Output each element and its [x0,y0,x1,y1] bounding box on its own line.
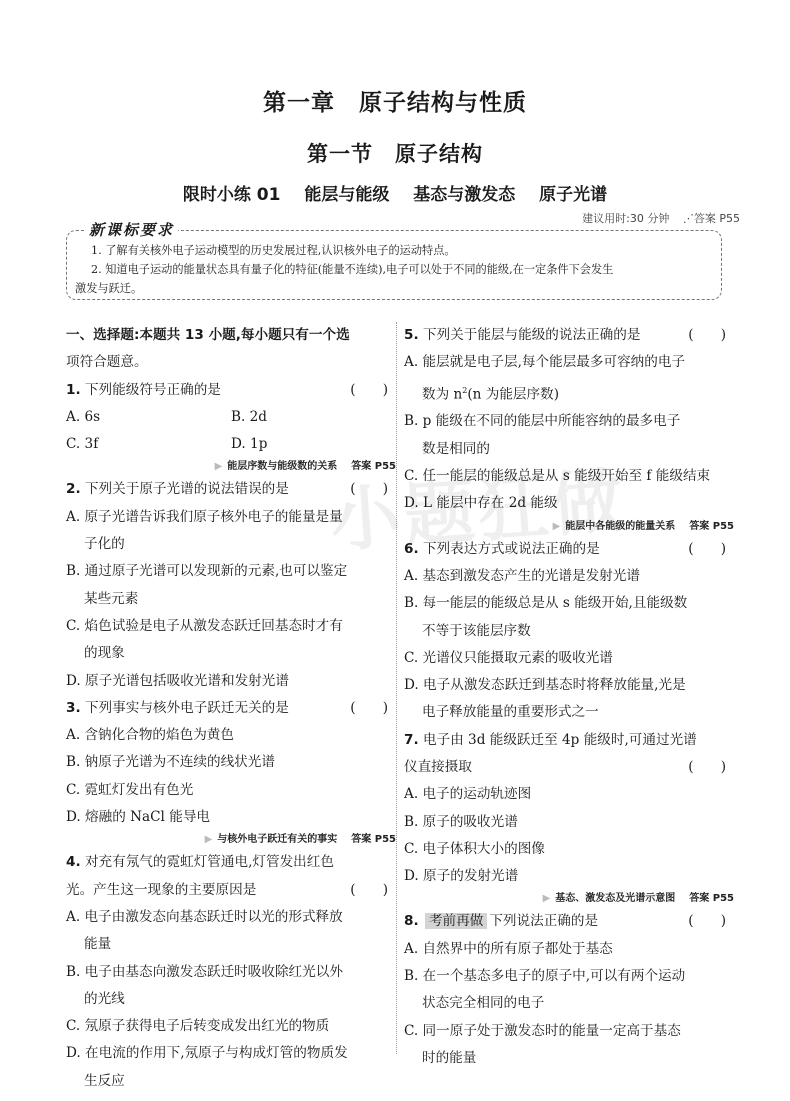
option[interactable]: D. 1p [231,431,396,458]
answer-blank[interactable]: ( ) [688,322,726,349]
option[interactable]: A. 含钠化合物的焰色为黄色 [66,722,396,749]
question-7-stem: 7. 电子由 3d 能级跃迁至 4p 能级时,可通过光谱 [404,727,734,754]
drill-label: 限时小练 01 [183,185,281,205]
answer-link[interactable]: 答案 P55 [689,893,734,904]
option-cont: 某些元素 [66,586,396,613]
option[interactable]: D. 原子的发射光谱 [404,863,734,890]
option[interactable]: C. 氖原子获得电子后转变成发出红光的物质 [66,1013,396,1040]
option-cont: 能量 [66,931,396,958]
requirement-item: 激发与跃迁。 [75,279,713,298]
question-1-options: C. 3f D. 1p [66,431,396,458]
drill-title: 限时小练 01 能层与能级 基态与激发态 原子光谱 [0,180,790,205]
option[interactable]: B. 钠原子光谱为不连续的线状光谱 [66,749,396,776]
answer-blank[interactable]: ( ) [688,908,726,935]
option[interactable]: A. 基态到激发态产生的光谱是发射光谱 [404,563,734,590]
question-4-stem: 4. 对充有氖气的霓虹灯管通电,灯管发出红色 [66,849,396,876]
review-tag: 考前再做 [425,913,487,929]
answer-blank[interactable]: ( ) [688,754,726,781]
question-3-stem: 3. 下列事实与核外电子跃迁无关的是 ( ) [66,695,396,722]
option[interactable]: A. 6s [66,404,231,431]
answer-blank[interactable]: ( ) [350,695,388,722]
option[interactable]: C. 同一原子处于激发态时的能量一定高于基态 [404,1018,734,1045]
question-5-stem: 5. 下列关于能层与能级的说法正确的是 ( ) [404,322,734,349]
chapter-title: 第一章 原子结构与性质 [0,84,790,117]
requirement-item: 2. 知道电子运动的能量状态具有量子化的特征(能量不连续),电子可以处于不同的能… [75,260,713,279]
section-heading: 一、选择题:本题共 13 小题,每小题只有一个选 [66,322,396,349]
option[interactable]: B. p 能级在不同的能层中所能容纳的最多电子 [404,408,734,435]
requirement-item: 1. 了解有关核外电子运动模型的历史发展过程,认识核外电子的运动特点。 [75,241,713,260]
question-1-hint: ▶能层序数与能级数的关系答案 P55 [66,458,396,476]
option[interactable]: B. 每一能层的能级总是从 s 能级开始,且能级数 [404,590,734,617]
option[interactable]: C. 电子体积大小的图像 [404,836,734,863]
answer-reference: ⋰答案 P55 [683,212,740,225]
triangle-right-icon: ▶ [553,521,561,532]
requirements-label: 新课标要求 [85,219,178,240]
option[interactable]: B. 通过原子光谱可以发现新的元素,也可以鉴定 [66,558,396,585]
answer-blank[interactable]: ( ) [350,377,388,404]
meta-line: 建议用时:30 分钟 ⋰答案 P55 [572,210,740,226]
option-cont: 时的能量 [404,1045,734,1072]
option[interactable]: B. 2d [231,404,396,431]
question-8-stem: 8. 考前再做下列说法正确的是 ( ) [404,908,734,935]
question-3-hint: ▶与核外电子跃迁有关的事实答案 P55 [66,831,396,849]
option[interactable]: D. 在电流的作用下,氖原子与构成灯管的物质发 [66,1040,396,1067]
option-cont: 生反应 [66,1068,396,1095]
option[interactable]: B. 原子的吸收光谱 [404,809,734,836]
option[interactable]: D. 电子从激发态跃迁到基态时将释放能量,光是 [404,672,734,699]
column-divider [396,322,397,1054]
answer-blank[interactable]: ( ) [350,476,388,503]
option[interactable]: C. 焰色试验是电子从激发态跃迁回基态时才有 [66,613,396,640]
answer-link[interactable]: 答案 P55 [351,461,396,472]
option-cont: 的光线 [66,986,396,1013]
option-cont: 电子释放能量的重要形式之一 [404,699,734,726]
option[interactable]: A. 电子由激发态向基态跃迁时以光的形式释放 [66,904,396,931]
option-cont: 不等于该能层序数 [404,618,734,645]
triangle-right-icon: ▶ [215,461,223,472]
question-1-stem: 1. 下列能级符号正确的是 ( ) [66,377,396,404]
answer-link[interactable]: 答案 P55 [689,521,734,532]
option[interactable]: C. 3f [66,431,231,458]
option[interactable]: D. 熔融的 NaCl 能导电 [66,804,396,831]
option-cont: 子化的 [66,531,396,558]
option[interactable]: C. 光谱仪只能摄取元素的吸收光谱 [404,645,734,672]
question-2-stem: 2. 下列关于原子光谱的说法错误的是 ( ) [66,476,396,503]
option-cont: 数为 n2(n 为能层序数) [404,377,734,409]
left-column: 一、选择题:本题共 13 小题,每小题只有一个选 项符合题意。 1. 下列能级符… [66,322,396,1095]
section-title: 第一节 原子结构 [0,138,790,168]
question-7-hint: ▶基态、激发态及光谱示意图答案 P55 [404,890,734,908]
drill-topic: 原子光谱 [539,185,607,205]
answer-link[interactable]: 答案 P55 [351,834,396,845]
suggested-time: 建议用时:30 分钟 [582,212,669,225]
option[interactable]: D. L 能层中存在 2d 能级 [404,490,734,517]
question-1-options: A. 6s B. 2d [66,404,396,431]
triangle-right-icon: ▶ [543,893,551,904]
answer-blank[interactable]: ( ) [688,536,726,563]
option[interactable]: B. 电子由基态向激发态跃迁时吸收除红光以外 [66,959,396,986]
drill-topic: 能层与能级 [304,185,389,205]
requirements-box: 新课标要求 1. 了解有关核外电子运动模型的历史发展过程,认识核外电子的运动特点… [66,230,722,300]
option[interactable]: D. 原子光谱包括吸收光谱和发射光谱 [66,668,396,695]
option[interactable]: B. 在一个基态多电子的原子中,可以有两个运动 [404,963,734,990]
option-cont: 数是相同的 [404,436,734,463]
answer-blank[interactable]: ( ) [350,877,388,904]
triangle-right-icon: ▶ [205,834,213,845]
option-cont: 的现象 [66,640,396,667]
right-column: 5. 下列关于能层与能级的说法正确的是 ( ) A. 能层就是电子层,每个能层最… [404,322,734,1072]
drill-topic: 基态与激发态 [413,185,515,205]
option[interactable]: A. 能层就是电子层,每个能层最多可容纳的电子 [404,349,734,376]
option[interactable]: C. 霓虹灯发出有色光 [66,777,396,804]
question-4-stem-cont: 光。产生这一现象的主要原因是 ( ) [66,877,396,904]
option[interactable]: A. 自然界中的所有原子都处于基态 [404,936,734,963]
question-5-hint: ▶能层中各能级的能量关系答案 P55 [404,518,734,536]
question-6-stem: 6. 下列表达方式或说法正确的是 ( ) [404,536,734,563]
option[interactable]: A. 原子光谱告诉我们原子核外电子的能量是量 [66,504,396,531]
section-heading-cont: 项符合题意。 [66,349,396,376]
option[interactable]: A. 电子的运动轨迹图 [404,781,734,808]
option-cont: 状态完全相同的电子 [404,990,734,1017]
option[interactable]: C. 任一能层的能级总是从 s 能级开始至 f 能级结束 [404,463,734,490]
question-7-stem-cont: 仪直接摄取 ( ) [404,754,734,781]
